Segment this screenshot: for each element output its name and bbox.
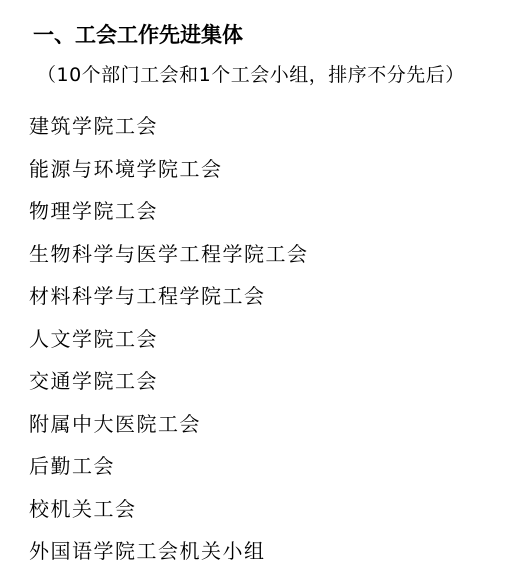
list-item: 能源与环境学院工会 [29,148,309,191]
list-item: 建筑学院工会 [29,105,309,148]
list-item: 交通学院工会 [29,360,309,403]
list-item: 外国语学院工会机关小组 [29,530,309,573]
list-item: 附属中大医院工会 [29,403,309,446]
section-subtitle: （10个部门工会和1个工会小组，排序不分先后） [37,61,465,89]
section-heading: 一、工会工作先进集体 [33,20,243,50]
list-item: 后勤工会 [29,445,309,488]
list-item: 物理学院工会 [29,190,309,233]
list-item: 校机关工会 [29,488,309,531]
list-item: 生物科学与医学工程学院工会 [29,233,309,276]
list-item: 人文学院工会 [29,318,309,361]
award-list: 建筑学院工会 能源与环境学院工会 物理学院工会 生物科学与医学工程学院工会 材料… [29,105,309,573]
list-item: 材料科学与工程学院工会 [29,275,309,318]
